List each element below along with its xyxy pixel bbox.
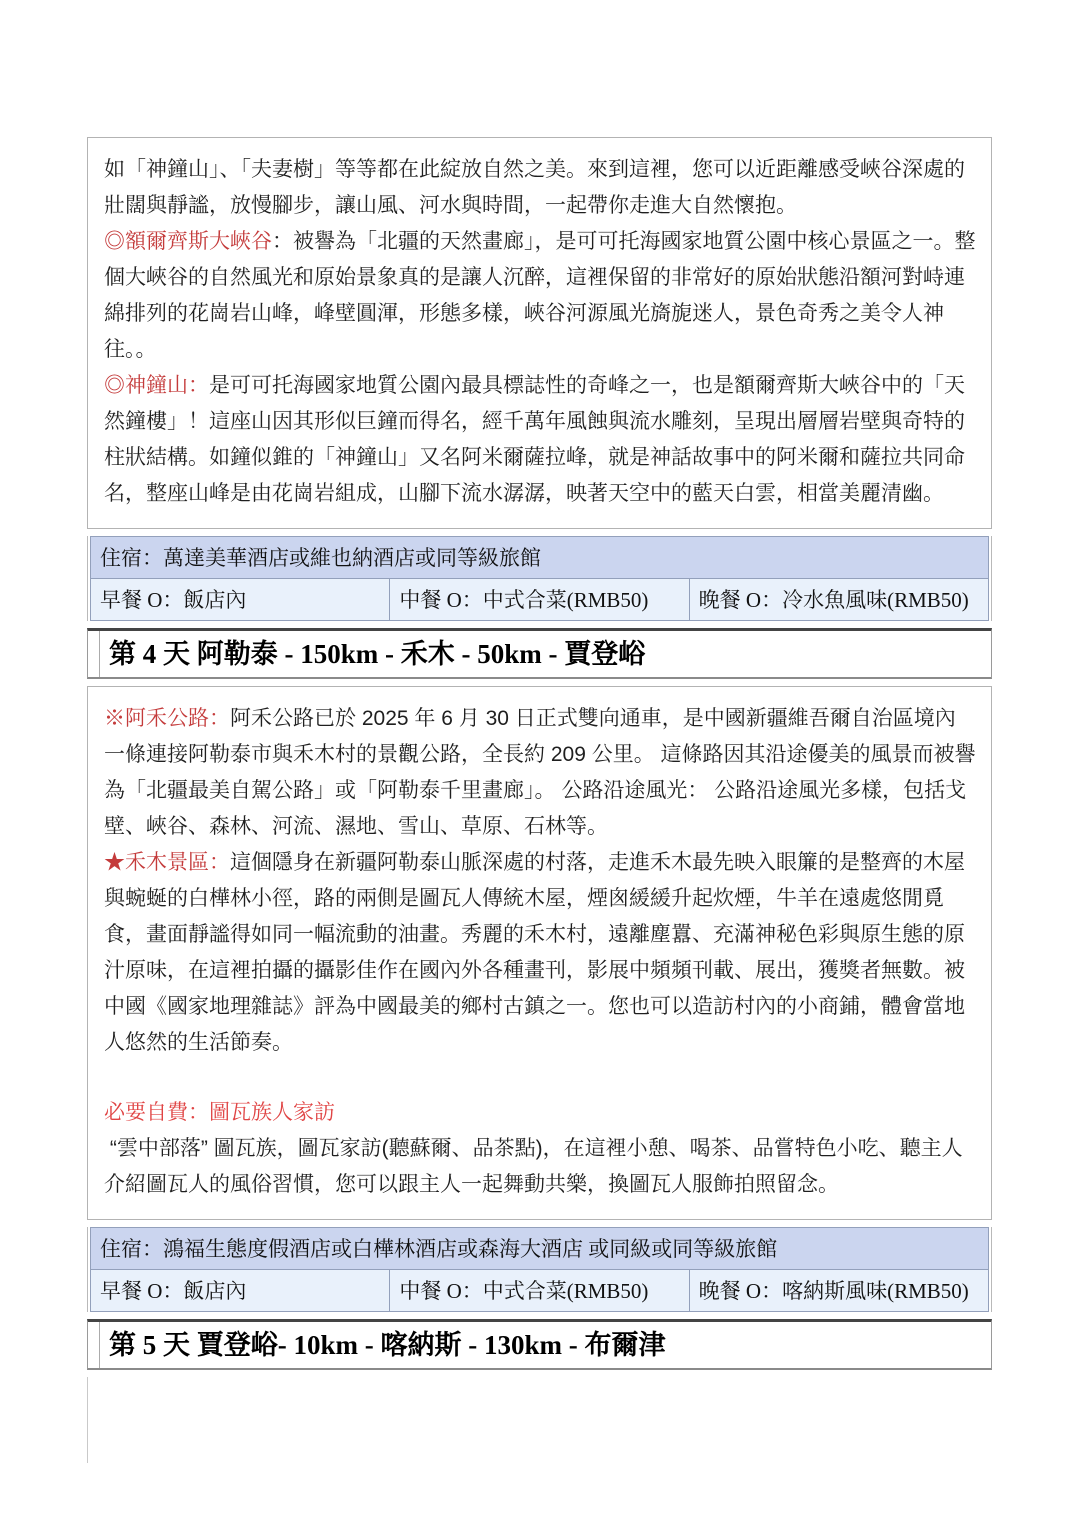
day4-header-title: 第 4 天 阿勒泰 - 150km - 禾木 - 50km - 賈登峪 bbox=[100, 631, 649, 677]
day4-meal-row: 早餐 O：飯店內 中餐 O：中式合菜(RMB50) 晚餐 O：喀納斯風味(RMB… bbox=[91, 1270, 989, 1312]
day4-dinner-cell: 晚餐 O：喀納斯風味(RMB50) bbox=[689, 1270, 988, 1312]
day5-header-band: 第 5 天 賈登峪- 10km - 喀納斯 - 130km - 布爾津 bbox=[87, 1319, 992, 1370]
hemu-area-heading: ★禾木景區： bbox=[104, 851, 230, 874]
day3-lunch-cell: 中餐 O：中式合菜(RMB50) bbox=[390, 579, 689, 621]
day3-dinner-cell: 晚餐 O：冷水魚風味(RMB50) bbox=[689, 579, 988, 621]
day4-lodging-table: 住宿：鴻福生態度假酒店或白樺林酒店或森海大酒店 或同級或同等級旅館 早餐 O：飯… bbox=[90, 1227, 989, 1312]
itinerary-content: 如「神鐘山」、「夫妻樹」等等都在此綻放自然之美。來到這裡，您可以近距離感受峽谷深… bbox=[87, 137, 992, 1463]
selfpay-paragraph: “雲中部落” 圖瓦族，圖瓦家訪(聽蘇爾、品茶點)，在這裡小憩、喝茶、品嘗特色小吃… bbox=[104, 1131, 976, 1203]
day4-header-band: 第 4 天 阿勒泰 - 150km - 禾木 - 50km - 賈登峪 bbox=[87, 628, 992, 679]
hemu-area-text: 這個隱身在新疆阿勒泰山脈深處的村落，走進禾木最先映入眼簾的是整齊的木屋與蜿蜒的白… bbox=[104, 851, 965, 1054]
day3-intro-paragraph: 如「神鐘山」、「夫妻樹」等等都在此綻放自然之美。來到這裡，您可以近距離感受峽谷深… bbox=[104, 152, 976, 224]
day4-ahe-highway-paragraph: ※阿禾公路：阿禾公路已於 2025 年 6 月 30 日正式雙向通車，是中國新疆… bbox=[104, 701, 976, 845]
ahe-highway-text: 阿禾公路已於 2025 年 6 月 30 日正式雙向通車，是中國新疆維吾爾自治區… bbox=[104, 707, 976, 838]
erqisi-canyon-heading: ◎額爾齊斯大峽谷 bbox=[104, 230, 272, 253]
day3-breakfast-cell: 早餐 O：飯店內 bbox=[91, 579, 390, 621]
day4-hemu-area-paragraph: ★禾木景區：這個隱身在新疆阿勒泰山脈深處的村落，走進禾木最先映入眼簾的是整齊的木… bbox=[104, 845, 976, 1061]
ahe-highway-heading: ※阿禾公路： bbox=[104, 707, 230, 730]
day4-breakfast-cell: 早餐 O：飯店內 bbox=[91, 1270, 390, 1312]
day3-meal-row: 早餐 O：飯店內 中餐 O：中式合菜(RMB50) 晚餐 O：冷水魚風味(RMB… bbox=[91, 579, 989, 621]
day4-header-gutter bbox=[88, 631, 100, 677]
day3-lodging-cell: 住宿：萬達美華酒店或維也納酒店或同等級旅館 bbox=[91, 537, 989, 579]
day3-lodging-table-wrap: 住宿：萬達美華酒店或維也納酒店或同等級旅館 早餐 O：飯店內 中餐 O：中式合菜… bbox=[87, 536, 992, 621]
day4-lodging-table-wrap: 住宿：鴻福生態度假酒店或白樺林酒店或森海大酒店 或同級或同等級旅館 早餐 O：飯… bbox=[87, 1227, 992, 1312]
day4-lodging-row: 住宿：鴻福生態度假酒店或白樺林酒店或森海大酒店 或同級或同等級旅館 bbox=[91, 1228, 989, 1270]
bell-mountain-heading: ◎神鐘山： bbox=[104, 374, 209, 397]
day5-header-title: 第 5 天 賈登峪- 10km - 喀納斯 - 130km - 布爾津 bbox=[100, 1322, 669, 1368]
day3-bell-mountain-paragraph: ◎神鐘山：是可可托海國家地質公園內最具標誌性的奇峰之一，也是額爾齊斯大峽谷中的「… bbox=[104, 368, 976, 512]
itinerary-page: 如「神鐘山」、「夫妻樹」等等都在此綻放自然之美。來到這裡，您可以近距離感受峽谷深… bbox=[0, 0, 1076, 1521]
selfpay-title: 必要自費：圖瓦族人家訪 bbox=[104, 1095, 976, 1131]
day3-lodging-row: 住宿：萬達美華酒店或維也納酒店或同等級旅館 bbox=[91, 537, 989, 579]
day3-erqisi-canyon-paragraph: ◎額爾齊斯大峽谷：被譽為「北疆的天然畫廊」，是可可托海國家地質公園中核心景區之一… bbox=[104, 224, 976, 368]
bell-mountain-text: 是可可托海國家地質公園內最具標誌性的奇峰之一，也是額爾齊斯大峽谷中的「天然鐘樓」… bbox=[104, 374, 965, 505]
day3-lodging-table: 住宿：萬達美華酒店或維也納酒店或同等級旅館 早餐 O：飯店內 中餐 O：中式合菜… bbox=[90, 536, 989, 621]
day5-header-gutter bbox=[88, 1322, 100, 1368]
day4-description-cell: ※阿禾公路：阿禾公路已於 2025 年 6 月 30 日正式雙向通車，是中國新疆… bbox=[87, 686, 992, 1220]
day4-lunch-cell: 中餐 O：中式合菜(RMB50) bbox=[390, 1270, 689, 1312]
day3-description-cell: 如「神鐘山」、「夫妻樹」等等都在此綻放自然之美。來到這裡，您可以近距離感受峽谷深… bbox=[87, 137, 992, 529]
day4-lodging-cell: 住宿：鴻福生態度假酒店或白樺林酒店或森海大酒店 或同級或同等級旅館 bbox=[91, 1228, 989, 1270]
next-cell-border-sliver bbox=[87, 1377, 89, 1463]
